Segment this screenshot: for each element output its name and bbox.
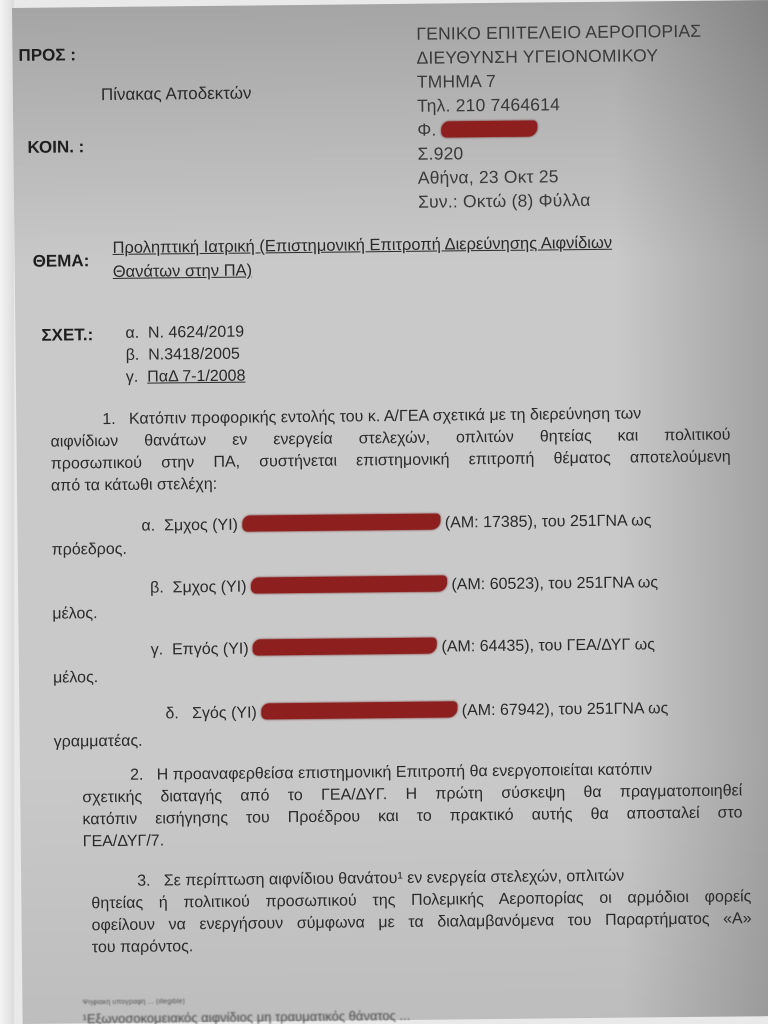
subject-label: ΘΕΜΑ: [33,251,90,272]
paragraph-2: 2. Η προαναφερθείσα επιστημονική Επιτροπ… [12,0,768,8]
sender-division: ΔΙΕΥΘΥΝΣΗ ΥΓΕΙΟΝΟΜΙΚΟΥ [416,45,658,69]
paragraph-line: ΓΕΑ/ΔΥΓ/7. [83,832,165,851]
paragraph-line: οφείλουν να ενεργήσουν σύμφωνα με τα δια… [92,910,752,935]
paragraph-line: προσωπικού στην ΠΑ, συστήνεται επιστημον… [51,448,731,473]
member-item: δ. Σγός (ΥΙ) (ΑΜ: 67942), του 251ΓΝΑ ως … [12,0,768,8]
redaction-mark [253,638,437,656]
digital-signature-note: Ψηφιακή υπογραφή ... (illegible) [82,998,185,1006]
member-item: γ. Επγός (ΥΙ) (ΑΜ: 64435), του ΓΕΑ/ΔΥΓ ω… [12,0,768,8]
reference-item: γ. ΠαΔ 7-1/2008 [126,368,246,387]
document-page: ΠΡΟΣ : Πίνακας Αποδεκτών ΚΟΙΝ. : ΓΕΝΙΚΟ … [12,0,768,1024]
subject-line-1: Προληπτική Ιατρική (Επιστημονική Επιτροπ… [112,234,612,258]
member-item: β. Σμχος (ΥΙ) (ΑΜ: 60523), του 251ΓΝΑ ως… [12,0,768,8]
paragraph-line: 3. Σε περίπτωση αιφνίδιου θανάτου¹ εν εν… [137,868,624,891]
cc-label: ΚΟΙΝ. : [27,137,84,158]
to-value: Πίνακας Αποδεκτών [101,83,252,105]
paragraph-1: 1. Κατόπιν προφορικής εντολής του κ. Α/Γ… [12,0,768,8]
paragraph-line: από τα κάτωθι στελέχη: [51,476,217,496]
redaction-mark [442,121,538,138]
redaction-mark [261,701,457,719]
paragraph-line: κατόπιν εισήγησης του Προέδρου και το πρ… [82,804,742,829]
references-list: α. Ν. 4624/2019 β. Ν.3418/2005 γ. ΠαΔ 7-… [12,0,768,8]
references-label: ΣΧΕΤ.: [41,325,93,346]
file-number: Φ. [417,119,538,141]
attachments-count: Συν.: Οκτώ (8) Φύλλα [418,190,591,213]
paragraph-line: του παρόντος. [92,938,194,957]
sender-org: ΓΕΝΙΚΟ ΕΠΙΤΕΛΕΙΟ ΑΕΡΟΠΟΡΙΑΣ [416,21,701,45]
sender-phone: Τηλ. 210 7464614 [417,94,560,116]
reference-item: β. Ν.3418/2005 [126,346,240,365]
subject-line-2: Θανάτων στην ΠΑ) [113,262,252,282]
paragraph-line: 1. Κατόπιν προφορικής εντολής του κ. Α/Γ… [102,405,641,429]
paragraph-line: 2. Η προαναφερθείσα επιστημονική Επιτροπ… [130,761,652,784]
sender-block: ΓΕΝΙΚΟ ΕΠΙΤΕΛΕΙΟ ΑΕΡΟΠΟΡΙΑΣ ΔΙΕΥΘΥΝΣΗ ΥΓ… [12,0,768,8]
file-prefix: Φ. [417,120,436,140]
redaction-mark [242,514,440,532]
place-date: Αθήνα, 23 Οκτ 25 [418,166,559,188]
to-label: ΠΡΟΣ : [18,45,76,66]
reference-item: α. Ν. 4624/2019 [125,324,244,343]
protocol-number: Σ.920 [417,143,463,164]
page-edge [0,0,14,1024]
paragraph-line: σχετικής διαταγής από το ΓΕΑ/ΔΥΓ. Η πρώτ… [82,782,742,807]
paragraph-3: 3. Σε περίπτωση αιφνίδιου θανάτου¹ εν εν… [12,0,768,8]
redaction-mark [251,575,447,593]
member-item: α. Σμχος (ΥΙ) (ΑΜ: 17385), του 251ΓΝΑ ως… [12,0,768,8]
members-list: α. Σμχος (ΥΙ) (ΑΜ: 17385), του 251ΓΝΑ ως… [12,0,768,8]
paragraph-line: αιφνίδιων θανάτων εν ενεργεία στελεχών, … [50,426,730,451]
paragraph-line: θητείας ή πολιτικού προσωπικού της Πολεμ… [91,888,751,913]
footnote: ¹Εξωνοσοκομειακός αιφνίδιος μη τραυματικ… [83,1008,411,1024]
sender-section: ΤΜΗΜΑ 7 [417,71,496,93]
